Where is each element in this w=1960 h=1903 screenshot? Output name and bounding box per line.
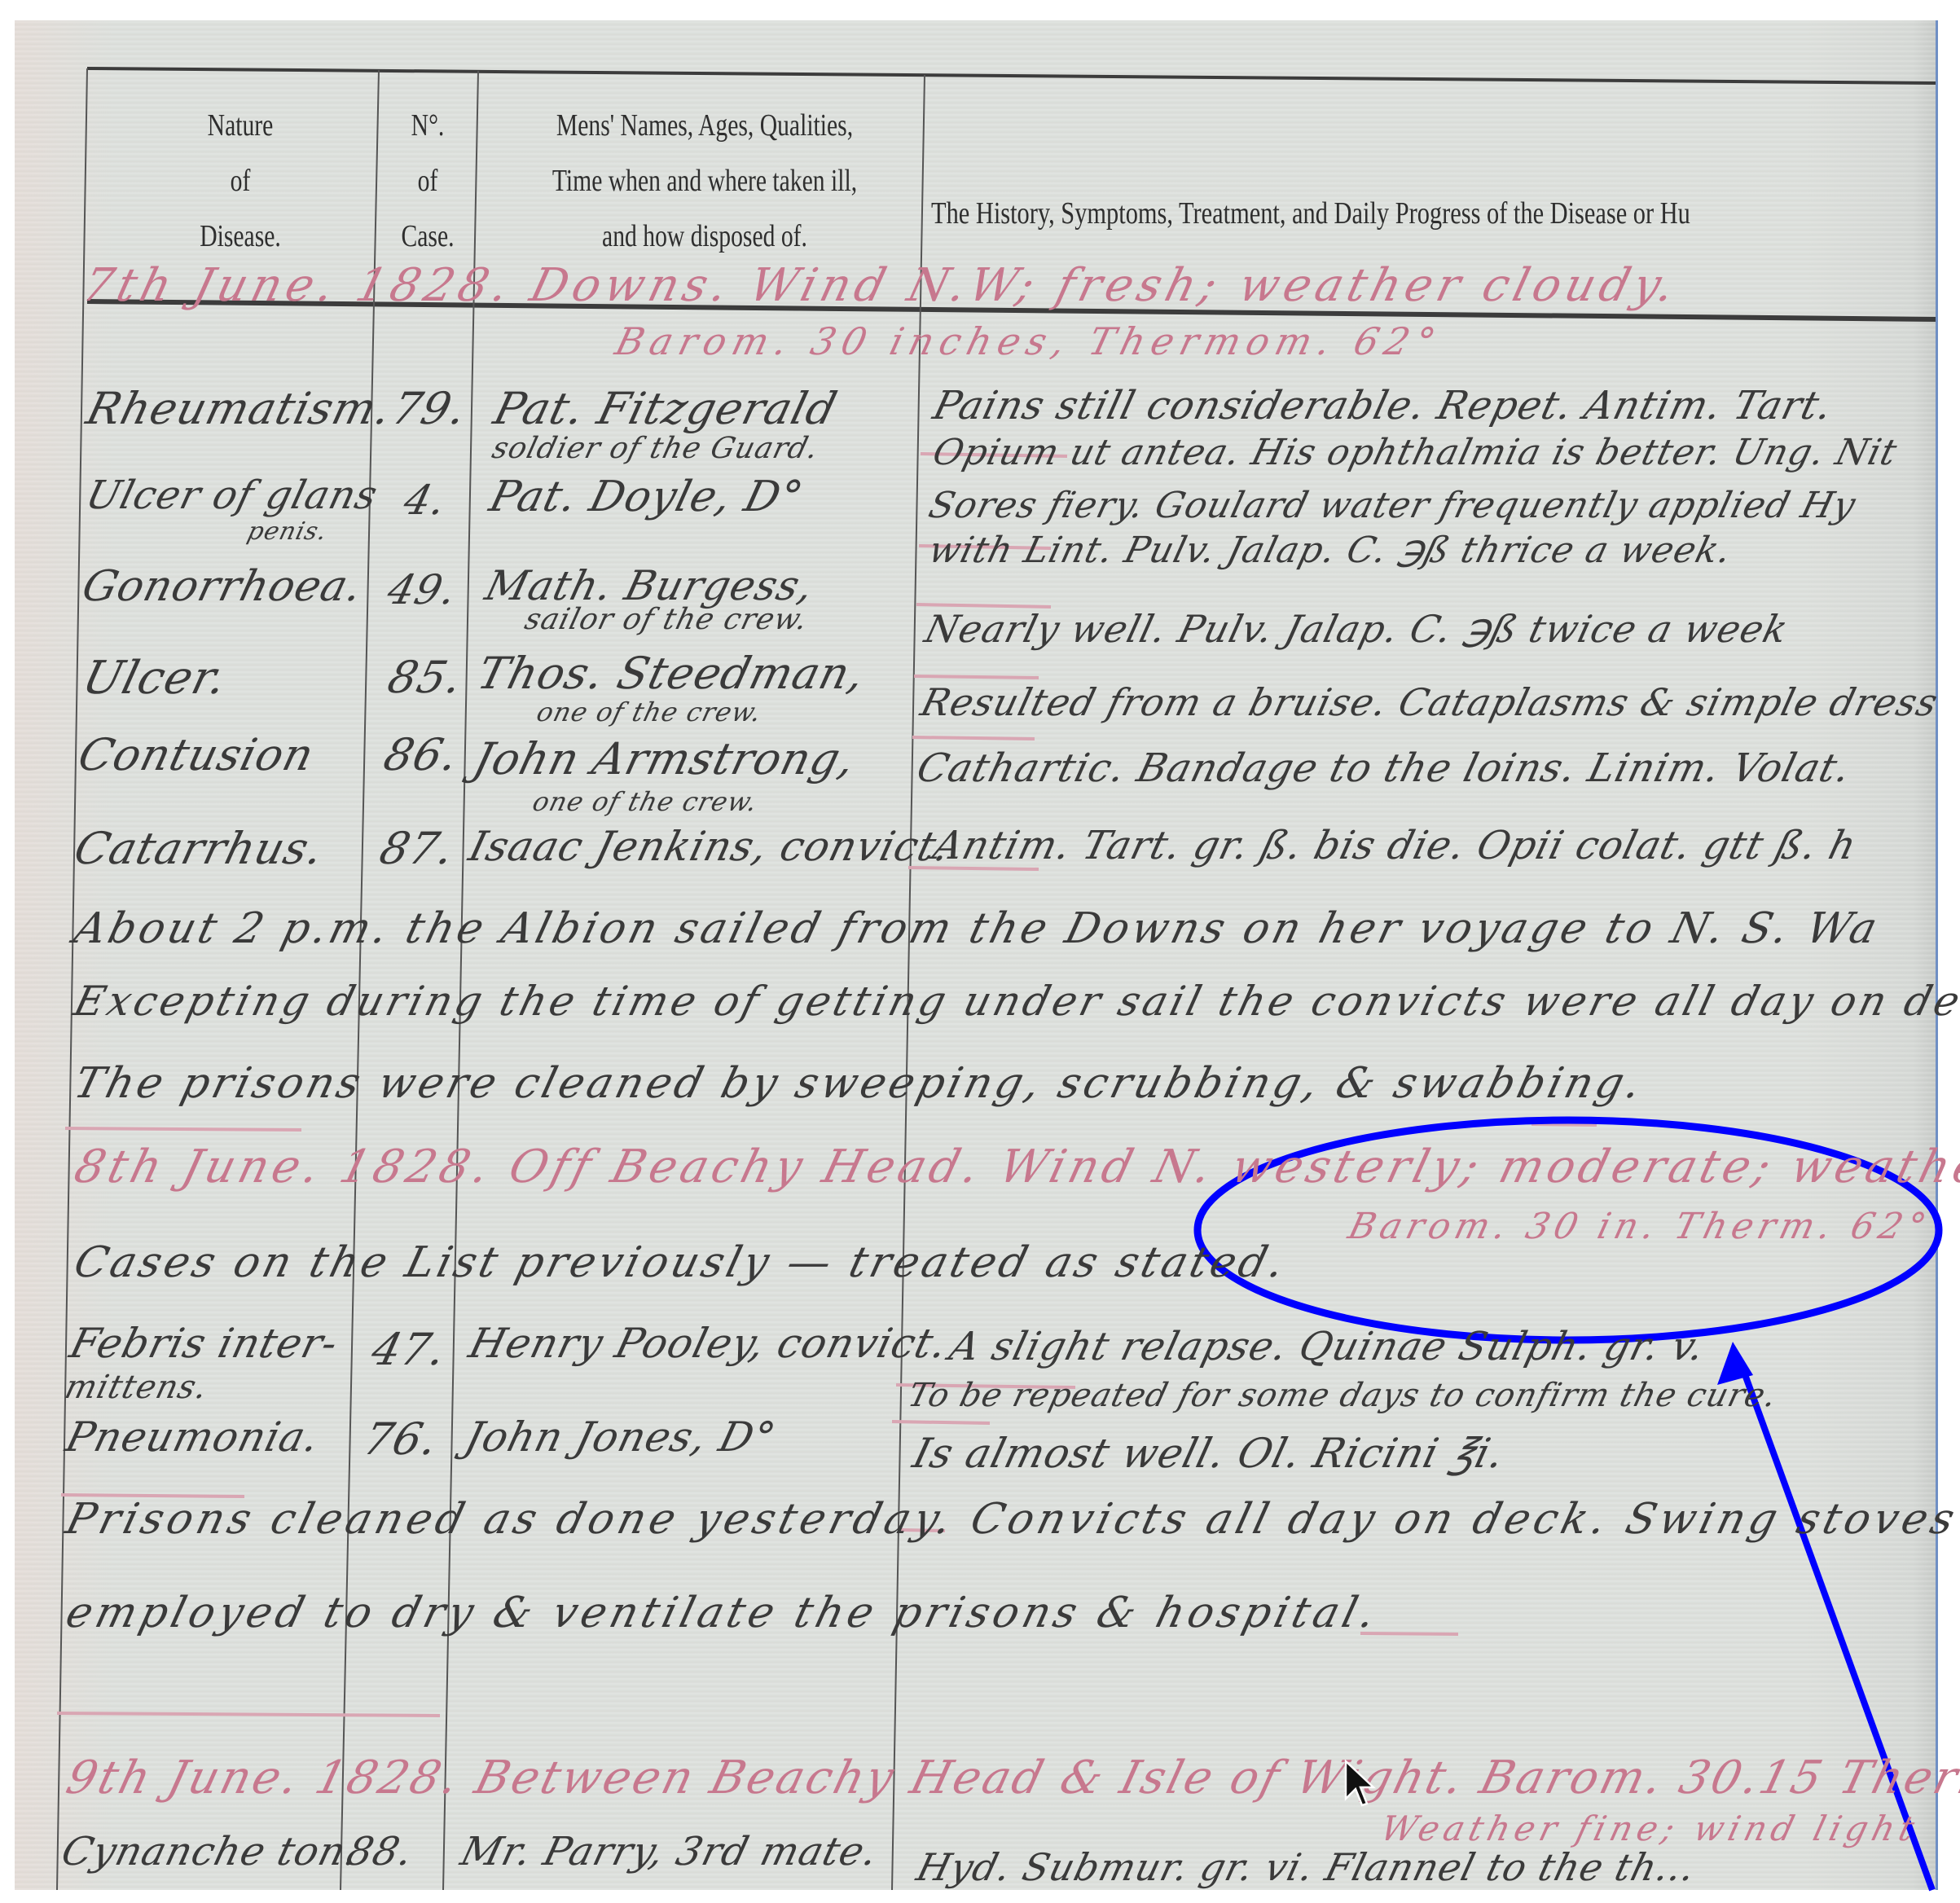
case-history: Pains still considerable. Repet. Antim. … — [929, 383, 1838, 429]
case-name-note: sailor of the crew. — [521, 603, 811, 636]
case-number: 47. — [367, 1324, 452, 1375]
case-disease: Ulcer of glans — [81, 472, 382, 518]
day2-note: Prisons cleaned as done yesterday. Convi… — [61, 1495, 1960, 1544]
header-history: The History, Symptoms, Treatment, and Da… — [931, 186, 1739, 241]
case-name-note: soldier of the Guard. — [489, 432, 822, 465]
day2-weather-line: Barom. 30 in. Therm. 62° — [1344, 1206, 1935, 1247]
case-number: 79. — [387, 383, 472, 434]
day3-date-line: 9th June. 1828. Between Beachy Head & Is… — [61, 1751, 1960, 1804]
case-name: John Armstrong, — [468, 733, 861, 784]
case-name: Henry Pooley, convict. — [464, 1320, 952, 1367]
case-number: 49. — [383, 566, 462, 613]
case-disease: Rheumatism. — [81, 383, 397, 434]
case-name-note: one of the crew. — [530, 786, 761, 817]
case-history: Hyd. Submur. gr. vi. Flannel to the th..… — [912, 1845, 1700, 1889]
case-history: Opium ut antea. His ophthalmia is better… — [929, 432, 1901, 473]
case-name: Mr. Parry, 3rd mate. — [456, 1829, 883, 1874]
case-disease: Catarrhus. — [69, 823, 329, 874]
case-history: Antim. Tart. gr. ß. bis die. Opii colat.… — [929, 823, 1861, 868]
day2-cases-intro: Cases on the List previously — treated a… — [69, 1238, 1292, 1287]
day1-note: Excepting during the time of getting und… — [69, 978, 1960, 1025]
header-nature-of-disease: Nature of Disease. — [180, 98, 301, 264]
case-number: 76. — [358, 1413, 444, 1465]
header-mens-names: Mens' Names, Ages, Qualities, Time when … — [499, 98, 912, 264]
case-disease: Contusion — [73, 729, 319, 780]
case-history: A slight relapse. Quinae Sulph. gr. v. — [945, 1324, 1710, 1369]
case-disease: Cynanche ton. — [57, 1829, 364, 1874]
case-name: Pat. Fitzgerald — [489, 383, 842, 434]
case-number: 87. — [375, 823, 460, 874]
case-name-note: one of the crew. — [534, 697, 765, 727]
case-history: Sores fiery. Goulard water frequently ap… — [925, 485, 1860, 526]
case-history: with Lint. Pulv. Jalap. C. ℈ß thrice a w… — [925, 530, 1736, 571]
day3-weather-line: Weather fine; wind light — [1377, 1809, 1923, 1848]
case-history: To be repeated for some days to confirm … — [904, 1377, 1781, 1414]
case-disease: Ulcer. — [77, 652, 232, 705]
day1-weather-line: Barom. 30 inches, Thermom. 62° — [611, 319, 1446, 363]
case-history: Nearly well. Pulv. Jalap. C. ℈ß twice a … — [921, 607, 1793, 651]
day2-note: employed to dry & ventilate the prisons … — [61, 1589, 1384, 1637]
mouse-cursor-icon — [1344, 1760, 1377, 1809]
case-disease: Febris inter- — [65, 1320, 343, 1367]
case-disease-note: mittens. — [61, 1369, 212, 1406]
case-disease-note: penis. — [244, 517, 331, 546]
day1-note: The prisons were cleaned by sweeping, sc… — [69, 1059, 1649, 1108]
case-name: John Jones, D° — [460, 1413, 780, 1461]
case-history: Cathartic. Bandage to the loins. Linim. … — [912, 745, 1856, 791]
day1-date-line: 7th June. 1828. Downs. Wind N.W; fresh; … — [77, 259, 1685, 312]
case-history: Resulted from a bruise. Cataplasms & sim… — [916, 680, 1943, 724]
day2-date-line: 8th June. 1828. Off Beachy Head. Wind N.… — [69, 1140, 1960, 1193]
case-number: 85. — [383, 652, 468, 703]
case-number: 88. — [342, 1829, 418, 1874]
case-name: Pat. Doyle, D° — [485, 472, 808, 521]
case-disease: Gonorrhoea. — [77, 562, 367, 611]
case-name: Isaac Jenkins, convict. — [464, 823, 956, 870]
day1-note: About 2 p.m. the Albion sailed from the … — [69, 904, 1885, 953]
header-case-number: N°. of Case. — [393, 98, 463, 264]
case-history: Is almost well. Ol. Ricini ℥i. — [908, 1430, 1510, 1477]
case-name: Thos. Steedman, — [472, 648, 871, 699]
case-disease: Pneumonia. — [61, 1413, 325, 1461]
case-number: 86. — [379, 729, 464, 780]
